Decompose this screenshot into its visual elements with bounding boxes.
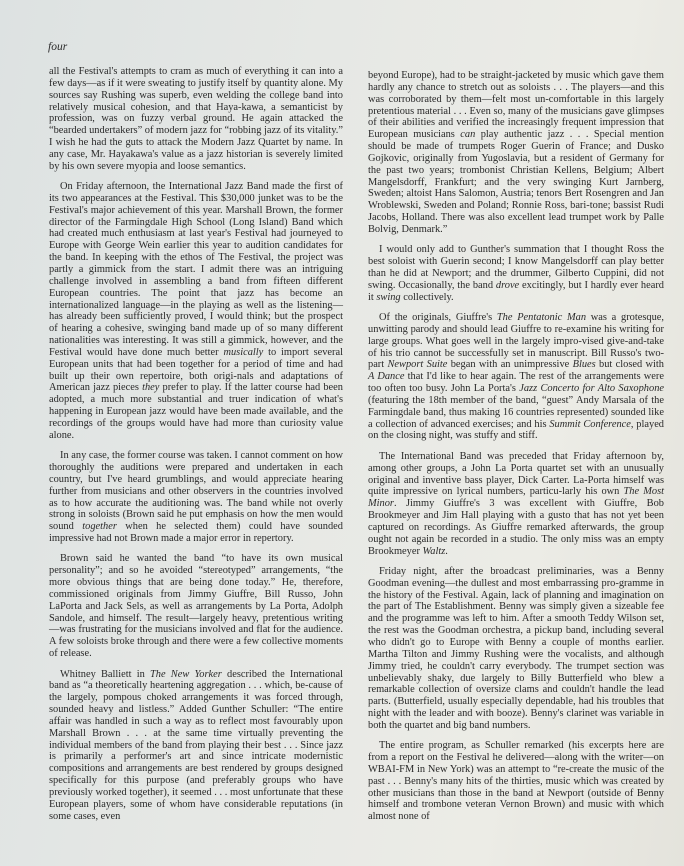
italic-title-text: swing <box>376 292 400 303</box>
body-paragraph: The International Band was preceded that… <box>368 451 664 558</box>
page-number: four <box>48 41 67 53</box>
body-text: Brown said he wanted the band “to have i… <box>49 553 343 659</box>
body-text: but closed with <box>596 359 664 370</box>
left-column: all the Festival's attempts to cram as m… <box>49 66 343 831</box>
body-paragraph: The entire program, as Schuller remarked… <box>368 740 664 823</box>
italic-title-text: Waltz <box>423 546 446 557</box>
right-column: beyond Europe), had to be straight-jacke… <box>368 70 664 832</box>
body-text: collectively. <box>401 292 454 303</box>
body-paragraph: beyond Europe), had to be straight-jacke… <box>368 70 664 236</box>
italic-title-text: drove <box>496 280 519 291</box>
body-text: described the International band as “a t… <box>49 669 343 822</box>
body-paragraph: Whitney Balliett in The New Yorker descr… <box>49 669 343 823</box>
body-text: In any case, the former course was taken… <box>49 450 343 532</box>
body-text: Whitney Balliett in <box>60 669 150 680</box>
italic-title-text: can <box>460 129 475 140</box>
italic-title-text: together <box>82 521 117 532</box>
italic-title-text: Summit Conference <box>549 419 631 430</box>
body-paragraph: Of the originals, Giuffre's The Pentaton… <box>368 312 664 442</box>
body-paragraph: Friday night, after the broadcast prelim… <box>368 566 664 732</box>
body-paragraph: Brown said he wanted the band “to have i… <box>49 553 343 660</box>
body-text: The International Band was preceded that… <box>368 451 664 498</box>
body-text: Friday night, after the broadcast prelim… <box>368 566 664 731</box>
body-text: all the Festival's attempts to cram as m… <box>49 66 343 172</box>
body-text: . Jimmy Giuffre's 3 was excellent with G… <box>368 498 664 556</box>
body-paragraph: In any case, the former course was taken… <box>49 450 343 545</box>
body-text: The entire program, as Schuller remarked… <box>368 740 664 822</box>
body-paragraph: On Friday afternoon, the International J… <box>49 181 343 442</box>
body-paragraph: all the Festival's attempts to cram as m… <box>49 66 343 173</box>
body-text: On Friday afternoon, the International J… <box>49 181 343 358</box>
italic-title-text: A Dance <box>368 371 404 382</box>
italic-title-text: The Pentatonic Man <box>497 312 586 323</box>
italic-title-text: Jazz Concerto for Alto Saxophone <box>519 383 664 394</box>
body-text: play authentic jazz . . . Special mentio… <box>368 129 664 235</box>
italic-title-text: Blues <box>573 359 596 370</box>
body-text: began with an unimpressive <box>447 359 572 370</box>
italic-title-text: The New Yorker <box>150 669 222 680</box>
body-paragraph: I would only add to Gunther's summation … <box>368 244 664 303</box>
italic-title-text: Newport Suite <box>388 359 448 370</box>
body-text: Of the originals, Giuffre's <box>379 312 497 323</box>
italic-title-text: musically <box>223 347 263 358</box>
body-text: . <box>445 546 448 557</box>
italic-title-text: they <box>142 382 159 393</box>
